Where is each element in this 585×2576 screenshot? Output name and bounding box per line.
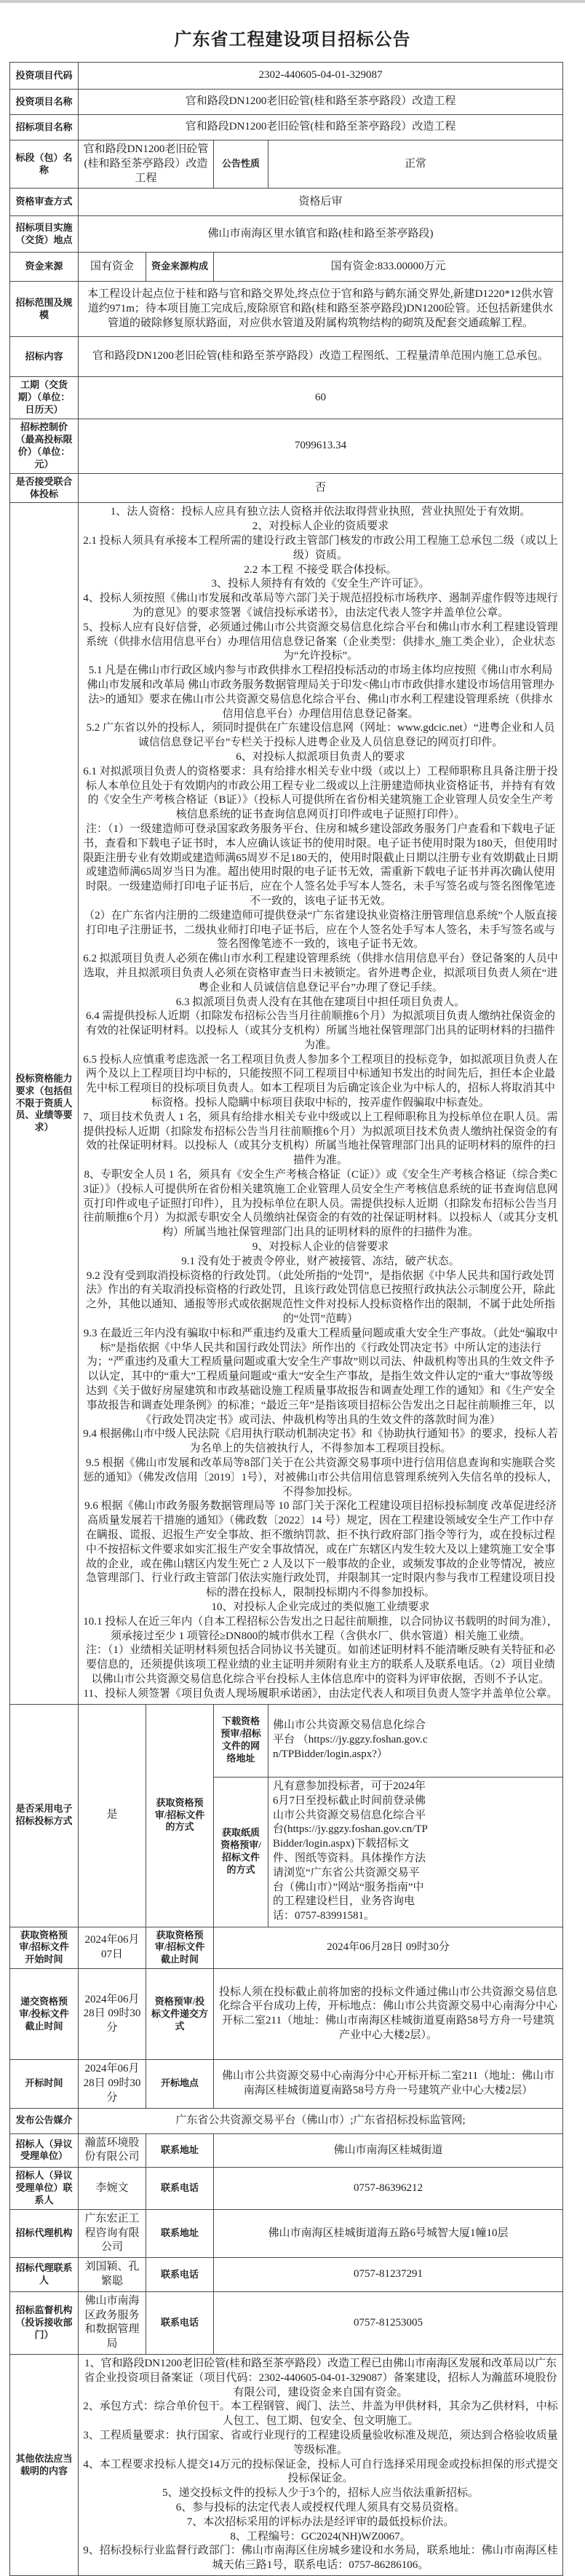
label-opening-time: 开标时间 bbox=[10, 2060, 79, 2108]
row-duration: 工期（交货期）（单位：日历天） 60 bbox=[10, 377, 563, 419]
label-electronic-bidding: 是否采用电子招标投标方式 bbox=[10, 1704, 79, 1927]
label-tenderer-address: 联系地址 bbox=[146, 2133, 214, 2168]
value-doc-start-time: 2024年06月07日 bbox=[79, 1927, 146, 1969]
label-tenderer-contact: 招标人（异议受理单位）联系人 bbox=[10, 2168, 79, 2210]
value-electronic-bidding: 是 bbox=[79, 1704, 146, 1927]
value-tenderer-address: 佛山市南海区桂城街道 bbox=[214, 2133, 563, 2168]
label-announcement-media: 发布公告媒介 bbox=[10, 2108, 79, 2133]
value-qualification-requirements: 1、法人资格：投标人应具有独立法人资格并依法取得营业执照，营业执照处于有效期。 … bbox=[79, 503, 563, 1704]
label-opening-place: 开标地点 bbox=[146, 2060, 214, 2108]
label-scope: 招标范围及规模 bbox=[10, 282, 79, 337]
row-agency: 招标代理机构 广东宏正工程咨询有限公司 联系地址 佛山市南海区桂城街道海五路6号… bbox=[10, 2209, 563, 2257]
top-border bbox=[0, 0, 585, 3]
row-announcement-media: 发布公告媒介 广东省公共资源交易平台（佛山市）;广东省招标投标监管网; bbox=[10, 2108, 563, 2133]
value-consortium: 否 bbox=[79, 473, 563, 503]
row-tender-name: 招标项目名称 官和路段DN1200老旧砼管(桂和路至茶亭路段）改造工程 bbox=[10, 115, 563, 140]
label-qualification-requirements: 投标资格能力要求（包括但不限于资质人员、业绩等要求） bbox=[10, 503, 79, 1704]
label-location: 招标项目实施（交货）地点 bbox=[10, 216, 79, 253]
value-tenderer-phone: 0757-86396212 bbox=[214, 2168, 563, 2210]
label-section-name: 标段（包）名称 bbox=[10, 140, 79, 189]
row-opening: 开标时间 2024年06月28日 09时30分 开标地点 佛山市公共资源交易中心… bbox=[10, 2060, 563, 2108]
label-qualification-method: 资格审查方式 bbox=[10, 189, 79, 216]
row-other-content: 其他依法应当载明的内容 1、官和路段DN1200老旧砼管(桂和路至茶亭路段）改造… bbox=[10, 2355, 563, 2576]
label-submission-method: 资格预审/投标文件递交方式 bbox=[146, 1969, 214, 2060]
label-investment-name: 投资项目名称 bbox=[10, 90, 79, 115]
value-download-address: 佛山市公共资源交易信息化综合平台 （https://jy.ggzy.foshan… bbox=[268, 1704, 563, 1777]
row-agency-contact: 招标代理联系人 刘国颖、孔繁聪 联系电话 0757-81237291 bbox=[10, 2258, 563, 2292]
value-supervision: 佛山市南海区政务服务和数据管理局 bbox=[79, 2291, 146, 2354]
row-qualification-requirements: 投标资格能力要求（包括但不限于资质人员、业绩等要求） 1、法人资格：投标人应具有… bbox=[10, 503, 563, 1704]
label-funding-composition: 资金来源构成 bbox=[146, 253, 214, 282]
value-agency-phone: 0757-81237291 bbox=[214, 2258, 563, 2292]
value-submission-method: 投标人须在投标截止前将加密的投标文件通过佛山市公共资源交易信息化综合平台成功上传… bbox=[214, 1969, 563, 2060]
label-document-access-method: 获取资格预审/招标文件的方式 bbox=[146, 1704, 214, 1927]
label-notice-nature: 公告性质 bbox=[214, 140, 268, 189]
row-control-price: 招标控制价（最高投标限价）（单位：元） 7099613.34 bbox=[10, 419, 563, 474]
row-project-code: 投资项目代码 2302-440605-04-01-329087 bbox=[10, 63, 563, 90]
row-investment-name: 投资项目名称 官和路段DN1200老旧砼管(桂和路至茶亭路段）改造工程 bbox=[10, 90, 563, 115]
label-other-content: 其他依法应当载明的内容 bbox=[10, 2355, 79, 2576]
label-doc-start-time: 获取资格预审/招标文件开始时间 bbox=[10, 1927, 79, 1969]
value-funding-source: 国有资金 bbox=[79, 253, 146, 282]
value-announcement-media: 广东省公共资源交易平台（佛山市）;广东省招标投标监管网; bbox=[79, 2108, 563, 2133]
label-supervision-phone: 联系电话 bbox=[146, 2291, 214, 2354]
value-content: 官和路段DN1200老旧砼管(桂和路至茶亭路段）改造工程图纸、工程量清单范围内施… bbox=[79, 337, 563, 377]
label-agency-phone: 联系电话 bbox=[146, 2258, 214, 2292]
value-opening-place: 佛山市公共资源交易中心南海分中心开标开标二室211（地址：佛山市南海区桂城街道夏… bbox=[214, 2060, 563, 2108]
value-qualification-method: 资格后审 bbox=[79, 189, 563, 216]
row-section-name: 标段（包）名称 官和路段DN1200老旧砼管(桂和路至茶亭路段）改造工程 公告性… bbox=[10, 140, 563, 189]
row-submission: 递交资格预审/投标文件截止时间 2024年06月28日 09时30分 资格预审/… bbox=[10, 1969, 563, 2060]
row-tenderer: 招标人（异议受理单位） 瀚蓝环境股份有限公司 联系地址 佛山市南海区桂城街道 bbox=[10, 2133, 563, 2168]
value-paper-document-method: 凡有意参加投标者，可于2024年6月7日至投标截止时间前登录佛山市公共资源交易信… bbox=[268, 1777, 563, 1927]
label-agency-contact: 招标代理联系人 bbox=[10, 2258, 79, 2292]
label-agency: 招标代理机构 bbox=[10, 2209, 79, 2257]
label-consortium: 是否接受联合体投标 bbox=[10, 473, 79, 503]
label-agency-address: 联系地址 bbox=[146, 2209, 214, 2257]
row-scope: 招标范围及规模 本工程设计起点位于桂和路与官和路交界处,终点位于官和路与鹤东涌交… bbox=[10, 282, 563, 337]
value-section-name: 官和路段DN1200老旧砼管(桂和路至茶亭路段）改造工程 bbox=[79, 140, 214, 189]
value-other-content: 1、官和路段DN1200老旧砼管(桂和路至茶亭路段）改造工程已由佛山市南海区发展… bbox=[79, 2355, 563, 2576]
value-agency: 广东宏正工程咨询有限公司 bbox=[79, 2209, 146, 2257]
download-address-text: 佛山市公共资源交易信息化综合平台 （https://jy.ggzy.foshan… bbox=[273, 1719, 429, 1761]
row-funding: 资金来源 国有资金 资金来源构成 国有资金:833.00000万元 bbox=[10, 253, 563, 282]
value-control-price: 7099613.34 bbox=[79, 419, 563, 474]
label-doc-end-time: 获取资格预审/招标文件截止时间 bbox=[146, 1927, 214, 1969]
row-electronic-bidding: 是否采用电子招标投标方式 是 获取资格预审/招标文件的方式 下载资格预审/招标文… bbox=[10, 1704, 563, 1777]
label-tender-name: 招标项目名称 bbox=[10, 115, 79, 140]
label-duration: 工期（交货期）（单位：日历天） bbox=[10, 377, 79, 419]
value-notice-nature: 正常 bbox=[268, 140, 563, 189]
value-project-code: 2302-440605-04-01-329087 bbox=[79, 63, 563, 90]
row-tenderer-contact: 招标人（异议受理单位）联系人 李婉文 联系电话 0757-86396212 bbox=[10, 2168, 563, 2210]
label-tenderer: 招标人（异议受理单位） bbox=[10, 2133, 79, 2168]
label-funding-source: 资金来源 bbox=[10, 253, 79, 282]
label-content: 招标内容 bbox=[10, 337, 79, 377]
row-supervision: 招标监督机构（投诉接收部门） 佛山市南海区政务服务和数据管理局 联系电话 075… bbox=[10, 2291, 563, 2354]
value-investment-name: 官和路段DN1200老旧砼管(桂和路至茶亭路段）改造工程 bbox=[79, 90, 563, 115]
value-opening-time: 2024年06月28日 09时30分 bbox=[79, 2060, 146, 2108]
row-content: 招标内容 官和路段DN1200老旧砼管(桂和路至茶亭路段）改造工程图纸、工程量清… bbox=[10, 337, 563, 377]
label-paper-document-method: 获取纸质资格预审/招标文件的方式 bbox=[214, 1777, 268, 1927]
value-agency-contact: 刘国颖、孔繁聪 bbox=[79, 2258, 146, 2292]
row-doc-times: 获取资格预审/招标文件开始时间 2024年06月07日 获取资格预审/招标文件截… bbox=[10, 1927, 563, 1969]
row-consortium: 是否接受联合体投标 否 bbox=[10, 473, 563, 503]
row-qualification-method: 资格审查方式 资格后审 bbox=[10, 189, 563, 216]
value-funding-composition: 国有资金:833.00000万元 bbox=[214, 253, 563, 282]
page-title: 广东省工程建设项目招标公告 bbox=[0, 25, 585, 50]
value-scope: 本工程设计起点位于桂和路与官和路交界处,终点位于官和路与鹤东涌交界处,新建D12… bbox=[79, 282, 563, 337]
label-project-code: 投资项目代码 bbox=[10, 63, 79, 90]
value-duration: 60 bbox=[79, 377, 563, 419]
label-tenderer-phone: 联系电话 bbox=[146, 2168, 214, 2210]
paper-document-method-text: 凡有意参加投标者，可于2024年6月7日至投标截止时间前登录佛山市公共资源交易信… bbox=[273, 1780, 429, 1924]
tender-table: 投资项目代码 2302-440605-04-01-329087 投资项目名称 官… bbox=[9, 62, 563, 2576]
label-download-address: 下载资格预审/招标文件的网络地址 bbox=[214, 1704, 268, 1777]
announcement-page: 广东省工程建设项目招标公告 投资项目代码 2302-440605-04-01-3… bbox=[0, 0, 585, 2576]
label-control-price: 招标控制价（最高投标限价）（单位：元） bbox=[10, 419, 79, 474]
value-tenderer: 瀚蓝环境股份有限公司 bbox=[79, 2133, 146, 2168]
value-tenderer-contact: 李婉文 bbox=[79, 2168, 146, 2210]
value-agency-address: 佛山市南海区桂城街道海五路6号城智大厦1幢10层 bbox=[214, 2209, 563, 2257]
row-location: 招标项目实施（交货）地点 佛山市南海区里水镇官和路(桂和路至茶亭路段) bbox=[10, 216, 563, 253]
value-doc-end-time: 2024年06月28日 09时30分 bbox=[214, 1927, 563, 1969]
value-tender-name: 官和路段DN1200老旧砼管(桂和路至茶亭路段）改造工程 bbox=[79, 115, 563, 140]
value-supervision-phone: 0757-81253005 bbox=[214, 2291, 563, 2354]
label-submission-deadline: 递交资格预审/投标文件截止时间 bbox=[10, 1969, 79, 2060]
value-submission-deadline: 2024年06月28日 09时30分 bbox=[79, 1969, 146, 2060]
label-supervision: 招标监督机构（投诉接收部门） bbox=[10, 2291, 79, 2354]
value-location: 佛山市南海区里水镇官和路(桂和路至茶亭路段) bbox=[79, 216, 563, 253]
